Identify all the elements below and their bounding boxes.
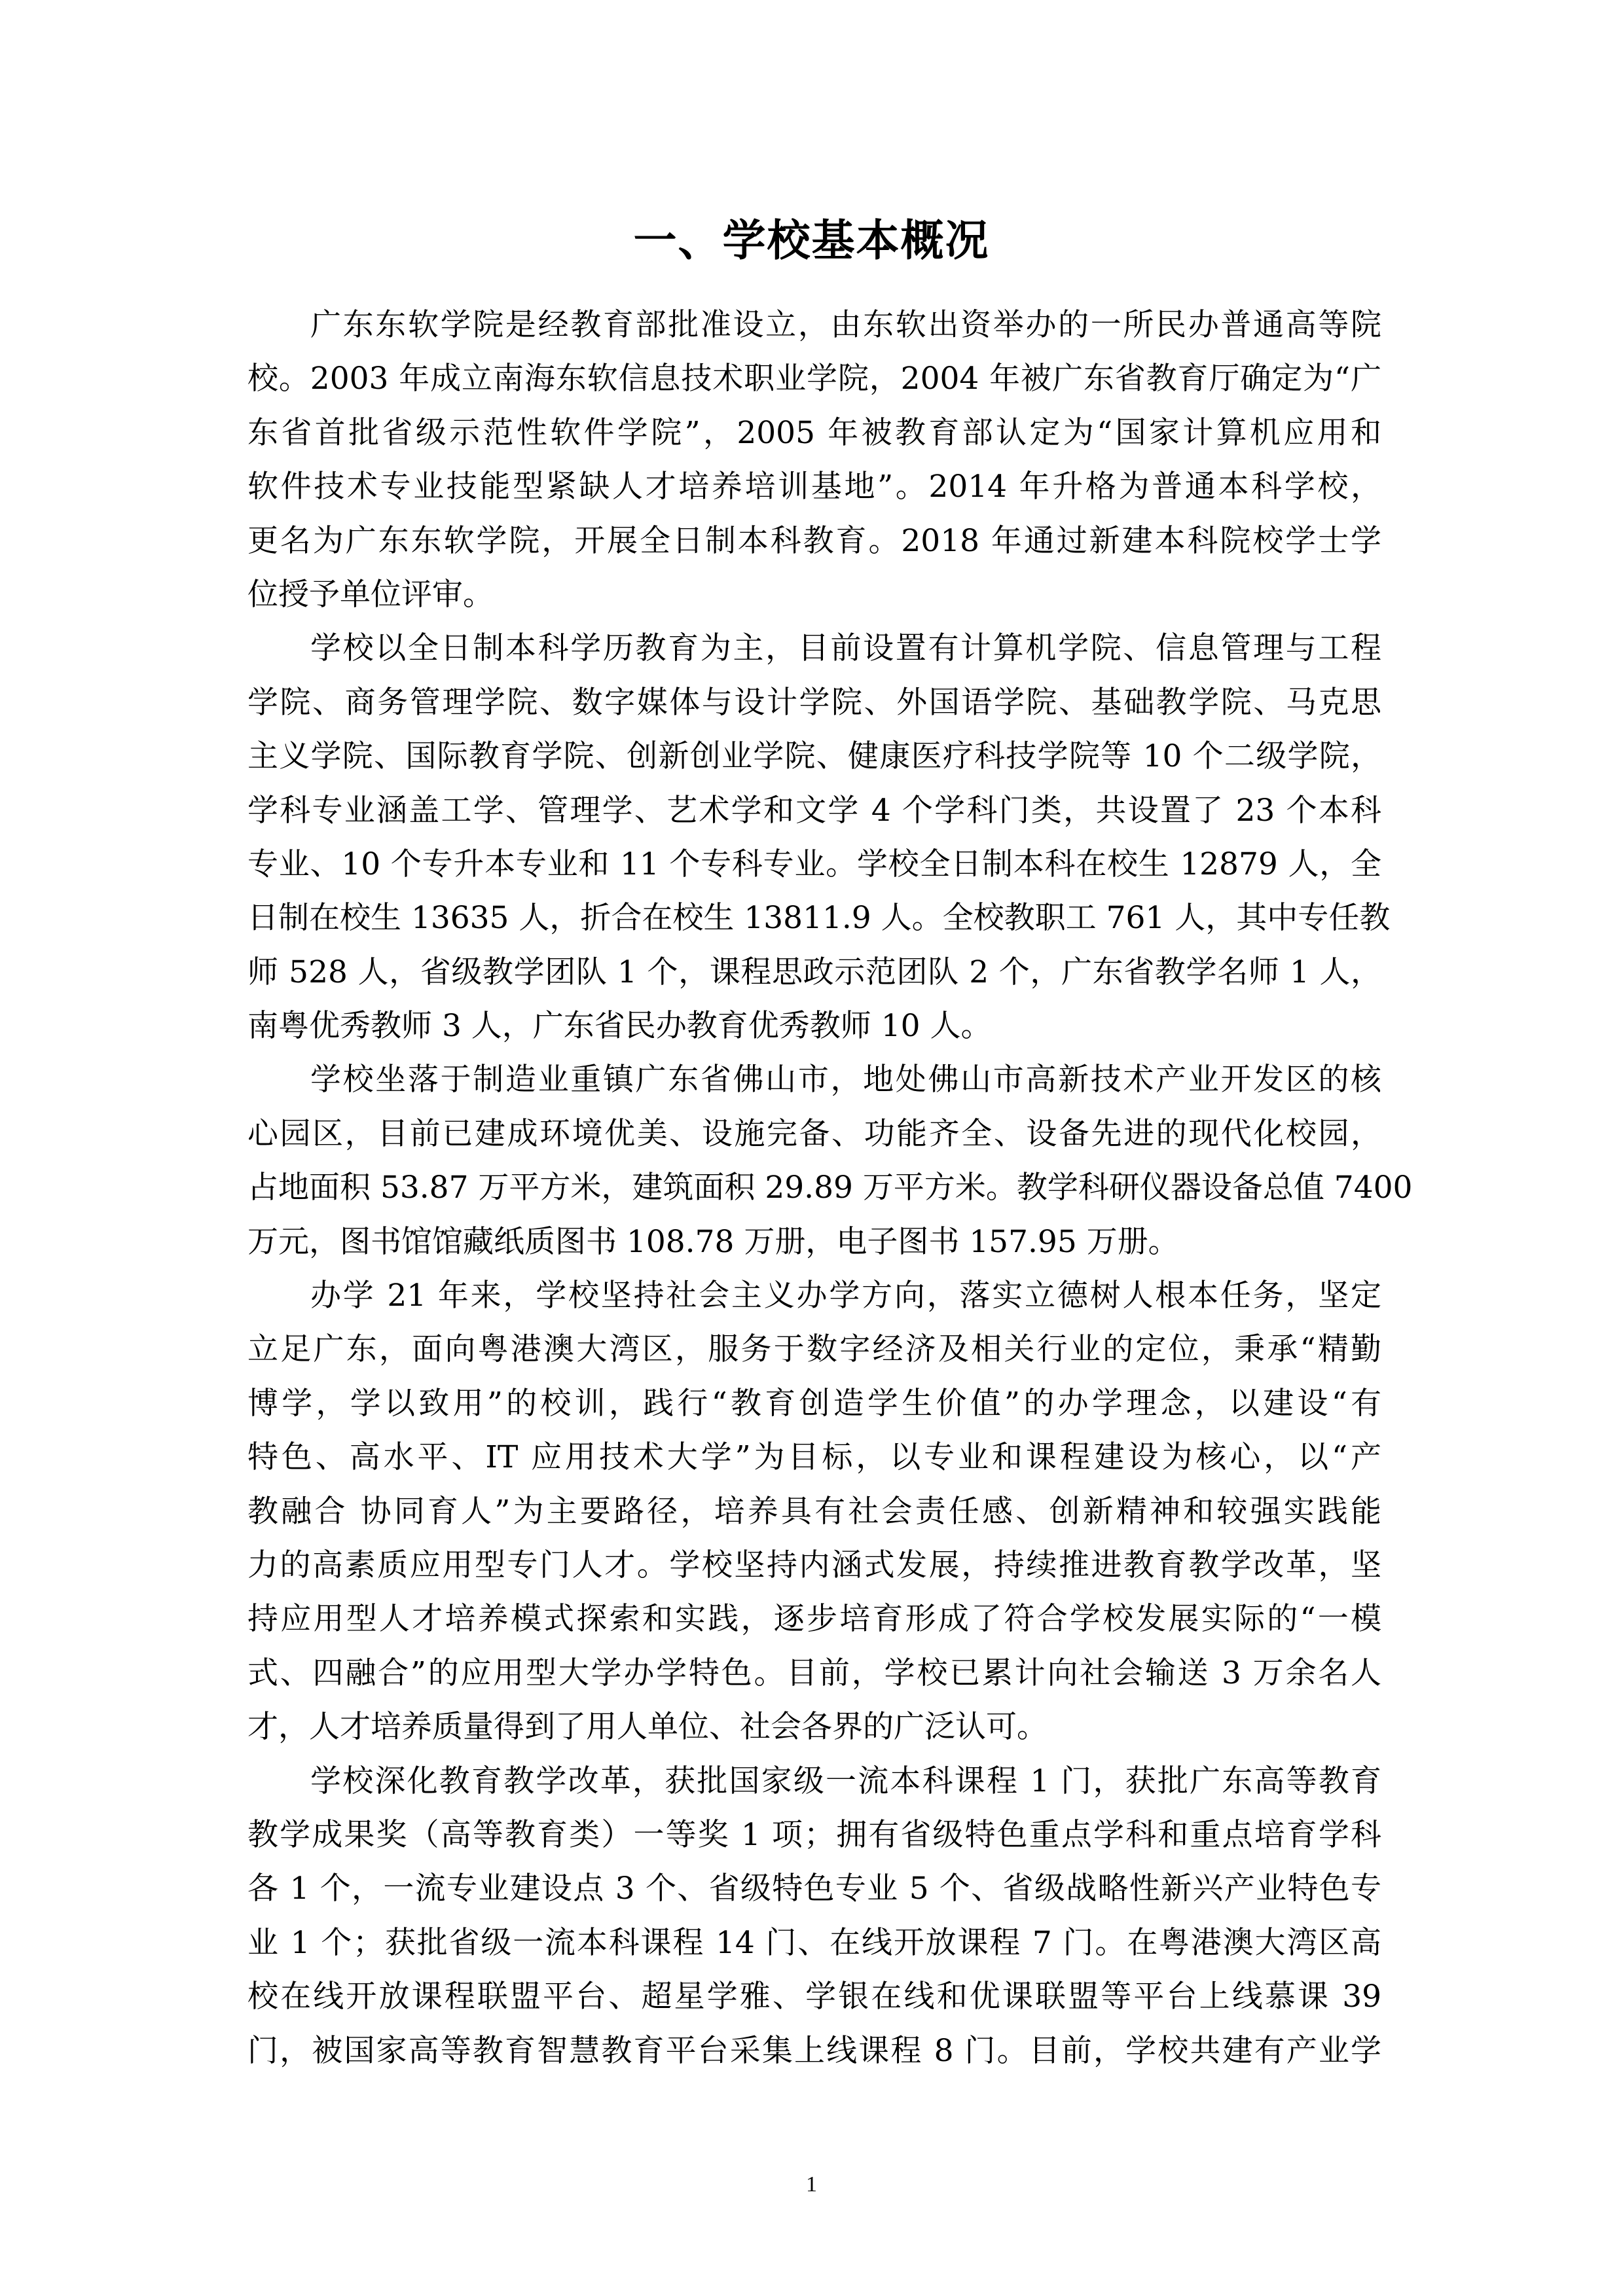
text-line: 特色、高水平、IT 应用技术大学”为目标，以专业和课程建设为核心，以“产 [247, 1431, 1381, 1484]
body-text: 广东东软学院是经教育部批准设立，由东软出资举办的一所民办普通高等院 校。2003… [247, 298, 1381, 2078]
paragraph-mission: 办学 21 年来，学校坚持社会主义办学方向，落实立德树人根本任务，坚定 立足广东… [247, 1269, 1381, 1755]
text-line: 主义学院、国际教育学院、创新创业学院、健康医疗科技学院等 10 个二级学院， [247, 730, 1381, 783]
paragraph-colleges-and-staff: 学校以全日制本科学历教育为主，目前设置有计算机学院、信息管理与工程 学院、商务管… [247, 622, 1381, 1053]
paragraph-campus-location: 学校坐落于制造业重镇广东省佛山市，地处佛山市高新技术产业开发区的核 心园区，目前… [247, 1053, 1381, 1269]
text-line: 式、四融合”的应用型大学办学特色。目前，学校已累计向社会输送 3 万余名人 [247, 1647, 1381, 1700]
text-line: 教学成果奖（高等教育类）一等奖 1 项；拥有省级特色重点学科和重点培育学科 [247, 1808, 1381, 1862]
text-line: 学校坐落于制造业重镇广东省佛山市，地处佛山市高新技术产业开发区的核 [247, 1053, 1381, 1107]
text-line: 日制在校生 13635 人，折合在校生 13811.9 人。全校教职工 761 … [247, 891, 1381, 945]
text-line: 学校深化教育教学改革，获批国家级一流本科课程 1 门，获批广东高等教育 [247, 1755, 1381, 1808]
text-line: 力的高素质应用型专门人才。学校坚持内涵式发展，持续推进教育教学改革，坚 [247, 1539, 1381, 1592]
text-line: 门，被国家高等教育智慧教育平台采集上线课程 8 门。目前，学校共建有产业学 [247, 2024, 1381, 2078]
text-line: 学院、商务管理学院、数字媒体与设计学院、外国语学院、基础教学院、马克思 [247, 676, 1381, 730]
text-line: 学科专业涵盖工学、管理学、艺术学和文学 4 个学科门类，共设置了 23 个本科 [247, 784, 1381, 838]
text-line: 南粤优秀教师 3 人，广东省民办教育优秀教师 10 人。 [247, 999, 1381, 1053]
text-line: 更名为广东东软学院，开展全日制本科教育。2018 年通过新建本科院校学士学 [247, 514, 1381, 568]
text-line: 才，人才培养质量得到了用人单位、社会各界的广泛认可。 [247, 1700, 1381, 1754]
text-line: 师 528 人，省级教学团队 1 个，课程思政示范团队 2 个，广东省教学名师 … [247, 946, 1381, 999]
text-line: 业 1 个；获批省级一流本科课程 14 门、在线开放课程 7 门。在粤港澳大湾区… [247, 1916, 1381, 1970]
text-line: 学校以全日制本科学历教育为主，目前设置有计算机学院、信息管理与工程 [247, 622, 1381, 675]
text-line: 校。2003 年成立南海东软信息技术职业学院，2004 年被广东省教育厅确定为“… [247, 352, 1381, 406]
page-number: 1 [0, 2172, 1623, 2198]
text-line: 位授予单位评审。 [247, 568, 1381, 622]
text-line: 博学，学以致用”的校训，践行“教育创造学生价值”的办学理念，以建设“有 [247, 1377, 1381, 1431]
text-line: 办学 21 年来，学校坚持社会主义办学方向，落实立德树人根本任务，坚定 [247, 1269, 1381, 1323]
text-line: 软件技术专业技能型紧缺人才培养培训基地”。2014 年升格为普通本科学校， [247, 460, 1381, 514]
text-line: 立足广东，面向粤港澳大湾区，服务于数字经济及相关行业的定位，秉承“精勤 [247, 1323, 1381, 1376]
section-title: 一、学校基本概况 [0, 208, 1623, 274]
document-page: 一、学校基本概况 广东东软学院是经教育部批准设立，由东软出资举办的一所民办普通高… [0, 0, 1623, 2296]
paragraph-school-founding: 广东东软学院是经教育部批准设立，由东软出资举办的一所民办普通高等院 校。2003… [247, 298, 1381, 622]
text-line: 东省首批省级示范性软件学院”，2005 年被教育部认定为“国家计算机应用和 [247, 406, 1381, 460]
text-line: 心园区，目前已建成环境优美、设施完备、功能齐全、设备先进的现代化校园， [247, 1107, 1381, 1161]
text-line: 专业、10 个专升本专业和 11 个专科专业。学校全日制本科在校生 12879 … [247, 838, 1381, 891]
paragraph-teaching-reform: 学校深化教育教学改革，获批国家级一流本科课程 1 门，获批广东高等教育 教学成果… [247, 1755, 1381, 2078]
text-line: 万元，图书馆馆藏纸质图书 108.78 万册，电子图书 157.95 万册。 [247, 1215, 1381, 1269]
text-line: 校在线开放课程联盟平台、超星学雅、学银在线和优课联盟等平台上线慕课 39 [247, 1970, 1381, 2024]
text-line: 占地面积 53.87 万平方米，建筑面积 29.89 万平方米。教学科研仪器设备… [247, 1161, 1381, 1215]
text-line: 教融合 协同育人”为主要路径，培养具有社会责任感、创新精神和较强实践能 [247, 1485, 1381, 1539]
text-line: 广东东软学院是经教育部批准设立，由东软出资举办的一所民办普通高等院 [247, 298, 1381, 352]
text-line: 各 1 个，一流专业建设点 3 个、省级特色专业 5 个、省级战略性新兴产业特色… [247, 1862, 1381, 1916]
text-line: 持应用型人才培养模式探索和实践，逐步培育形成了符合学校发展实际的“一模 [247, 1592, 1381, 1646]
